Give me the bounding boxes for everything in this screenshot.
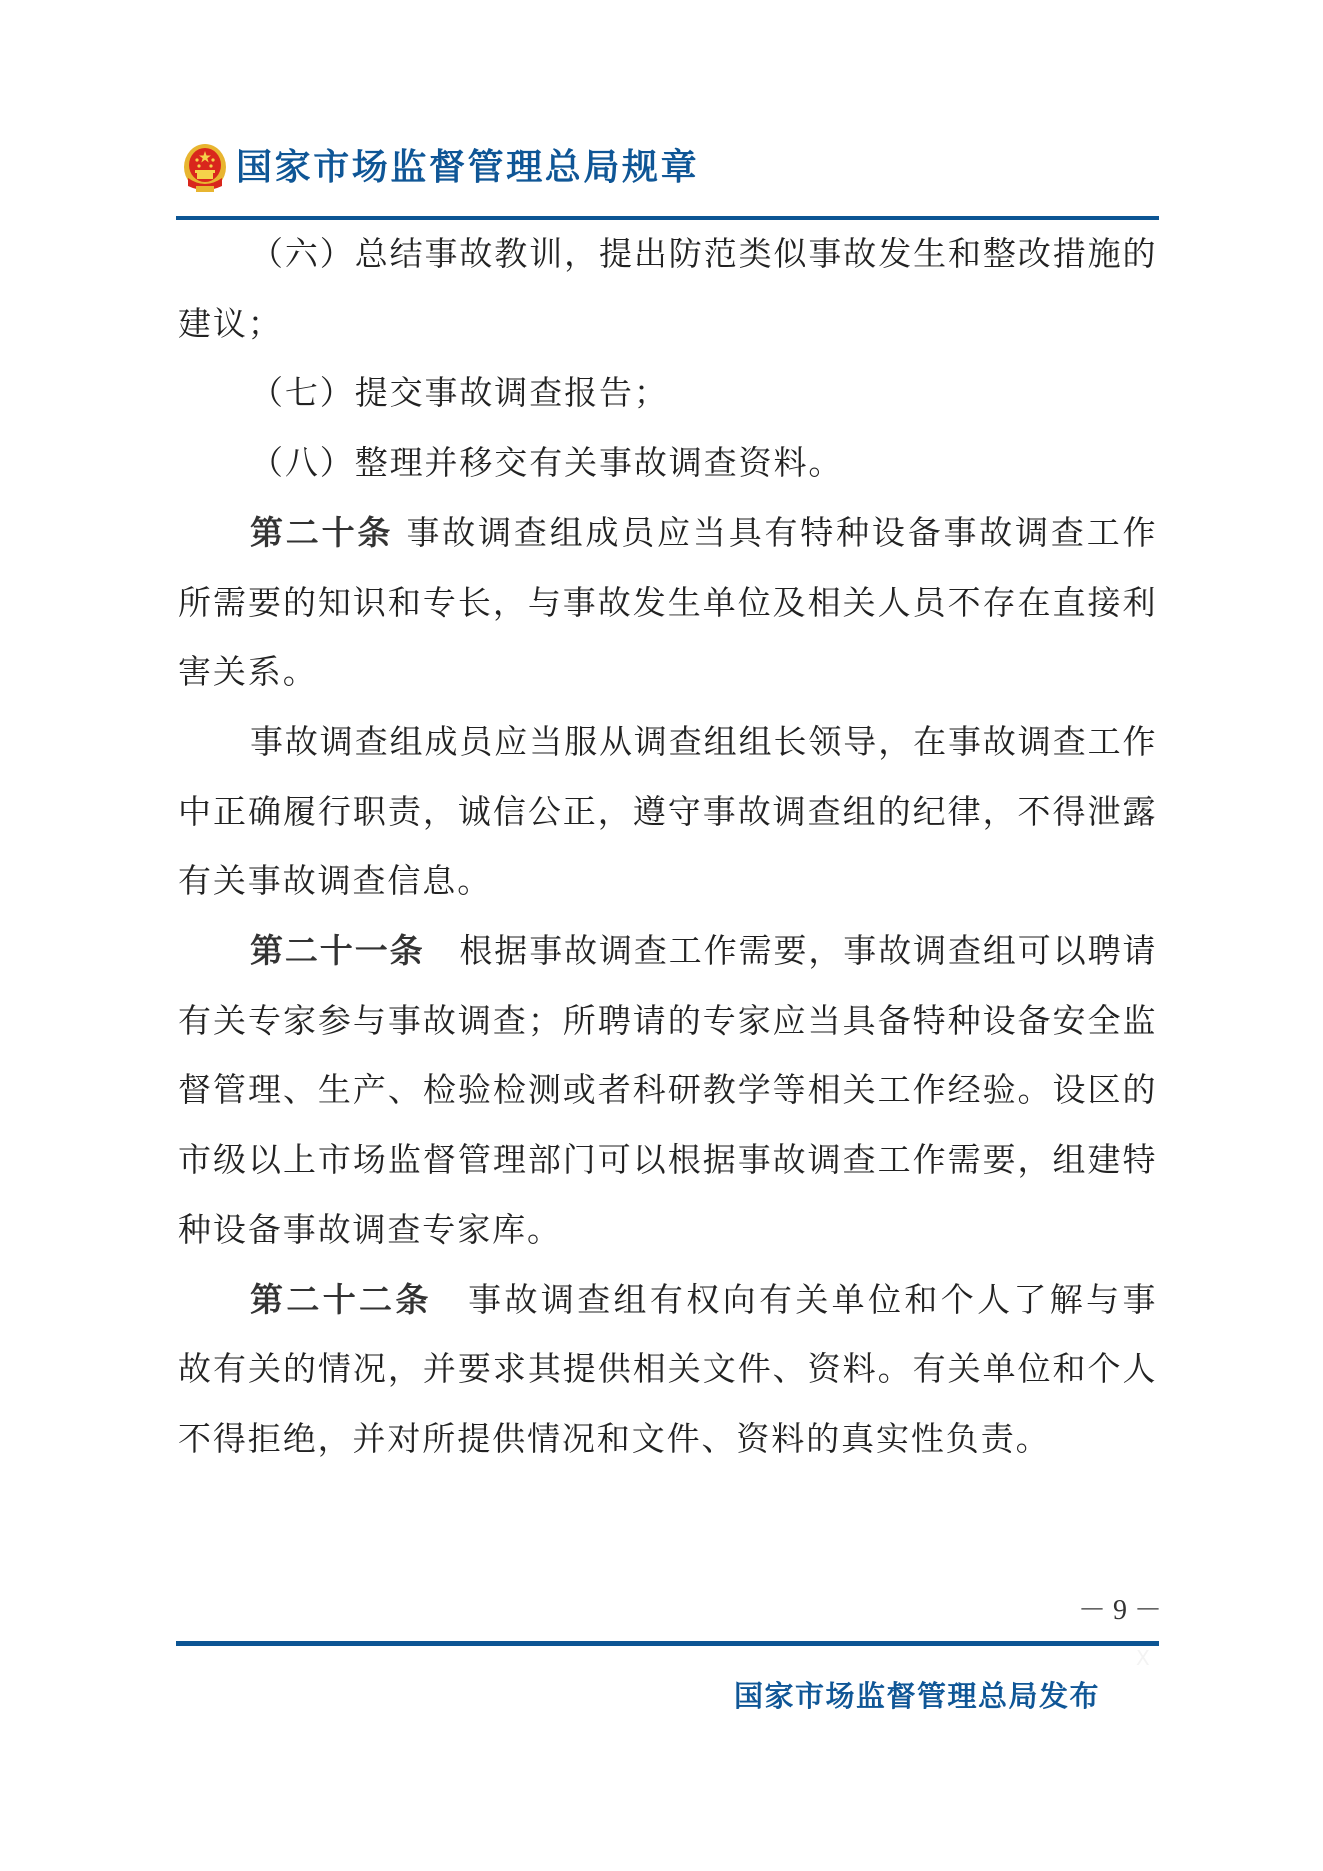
article-number: 第二十条	[250, 513, 393, 552]
line-text: 有关专家参与事故调查；所聘请的专家应当具备特种设备安全监	[178, 1001, 1156, 1040]
line-text: 根据事故调查工作需要，事故调查组可以聘请	[425, 931, 1157, 970]
footer-publisher: 国家市场监督管理总局发布	[734, 1682, 1100, 1711]
line-text: （八）整理并移交有关事故调查资料。	[250, 443, 843, 482]
page-header: 国家市场监督管理总局规章	[178, 138, 699, 198]
article-heading-line: 第二十二条 事故调查组有权向有关单位和个人了解与事	[178, 1265, 1156, 1335]
text-line: 所需要的知识和专长，与事故发生单位及相关人员不存在直接利	[178, 568, 1156, 638]
text-line: 故有关的情况，并要求其提供相关文件、资料。有关单位和个人	[178, 1334, 1156, 1404]
text-line: 有关事故调查信息。	[178, 846, 1156, 916]
article-heading-line: 第二十一条 根据事故调查工作需要，事故调查组可以聘请	[178, 916, 1156, 986]
text-line: （七）提交事故调查报告；	[178, 358, 1156, 428]
line-text: 事故调查组有权向有关单位和个人了解与事	[432, 1280, 1156, 1319]
line-text: 所需要的知识和专长，与事故发生单位及相关人员不存在直接利	[178, 583, 1156, 622]
text-line: 督管理、生产、检验检测或者科研教学等相关工作经验。设区的	[178, 1055, 1156, 1125]
text-line: 市级以上市场监督管理部门可以根据事故调查工作需要，组建特	[178, 1125, 1156, 1195]
line-text: 种设备事故调查专家库。	[178, 1210, 562, 1249]
page-number: － 9 －	[1078, 1588, 1160, 1628]
watermark-mark: X	[1136, 1646, 1150, 1670]
line-text: 中正确履行职责，诚信公正，遵守事故调查组的纪律，不得泄露	[178, 792, 1156, 831]
footer-divider	[176, 1641, 1159, 1646]
line-text: 建议；	[178, 304, 283, 343]
line-text: 害关系。	[178, 652, 318, 691]
line-text: 不得拒绝，并对所提供情况和文件、资料的真实性负责。	[178, 1419, 1051, 1458]
text-line: 中正确履行职责，诚信公正，遵守事故调查组的纪律，不得泄露	[178, 777, 1156, 847]
line-text: 有关事故调查信息。	[178, 861, 492, 900]
line-text: 事故调查组成员应当具有特种设备事故调查工作	[393, 513, 1156, 552]
line-text: （六）总结事故教训，提出防范类似事故发生和整改措施的	[250, 234, 1156, 273]
text-line: 有关专家参与事故调查；所聘请的专家应当具备特种设备安全监	[178, 986, 1156, 1056]
article-number: 第二十一条	[250, 931, 425, 970]
national-emblem-icon	[182, 142, 228, 194]
text-line: 建议；	[178, 289, 1156, 359]
text-line: 害关系。	[178, 637, 1156, 707]
text-line: （八）整理并移交有关事故调查资料。	[178, 428, 1156, 498]
line-text: （七）提交事故调查报告；	[250, 373, 669, 412]
line-text: 故有关的情况，并要求其提供相关文件、资料。有关单位和个人	[178, 1349, 1156, 1388]
text-line: 事故调查组成员应当服从调查组组长领导，在事故调查工作	[178, 707, 1156, 777]
text-line: 种设备事故调查专家库。	[178, 1195, 1156, 1265]
text-line: （六）总结事故教训，提出防范类似事故发生和整改措施的	[178, 219, 1156, 289]
line-text: 督管理、生产、检验检测或者科研教学等相关工作经验。设区的	[178, 1070, 1156, 1109]
article-heading-line: 第二十条 事故调查组成员应当具有特种设备事故调查工作	[178, 498, 1156, 568]
text-line: 不得拒绝，并对所提供情况和文件、资料的真实性负责。	[178, 1404, 1156, 1474]
line-text: 市级以上市场监督管理部门可以根据事故调查工作需要，组建特	[178, 1140, 1156, 1179]
article-number: 第二十二条	[250, 1280, 432, 1319]
header-title: 国家市场监督管理总局规章	[236, 150, 699, 186]
line-text: 事故调查组成员应当服从调查组组长领导，在事故调查工作	[250, 722, 1156, 761]
